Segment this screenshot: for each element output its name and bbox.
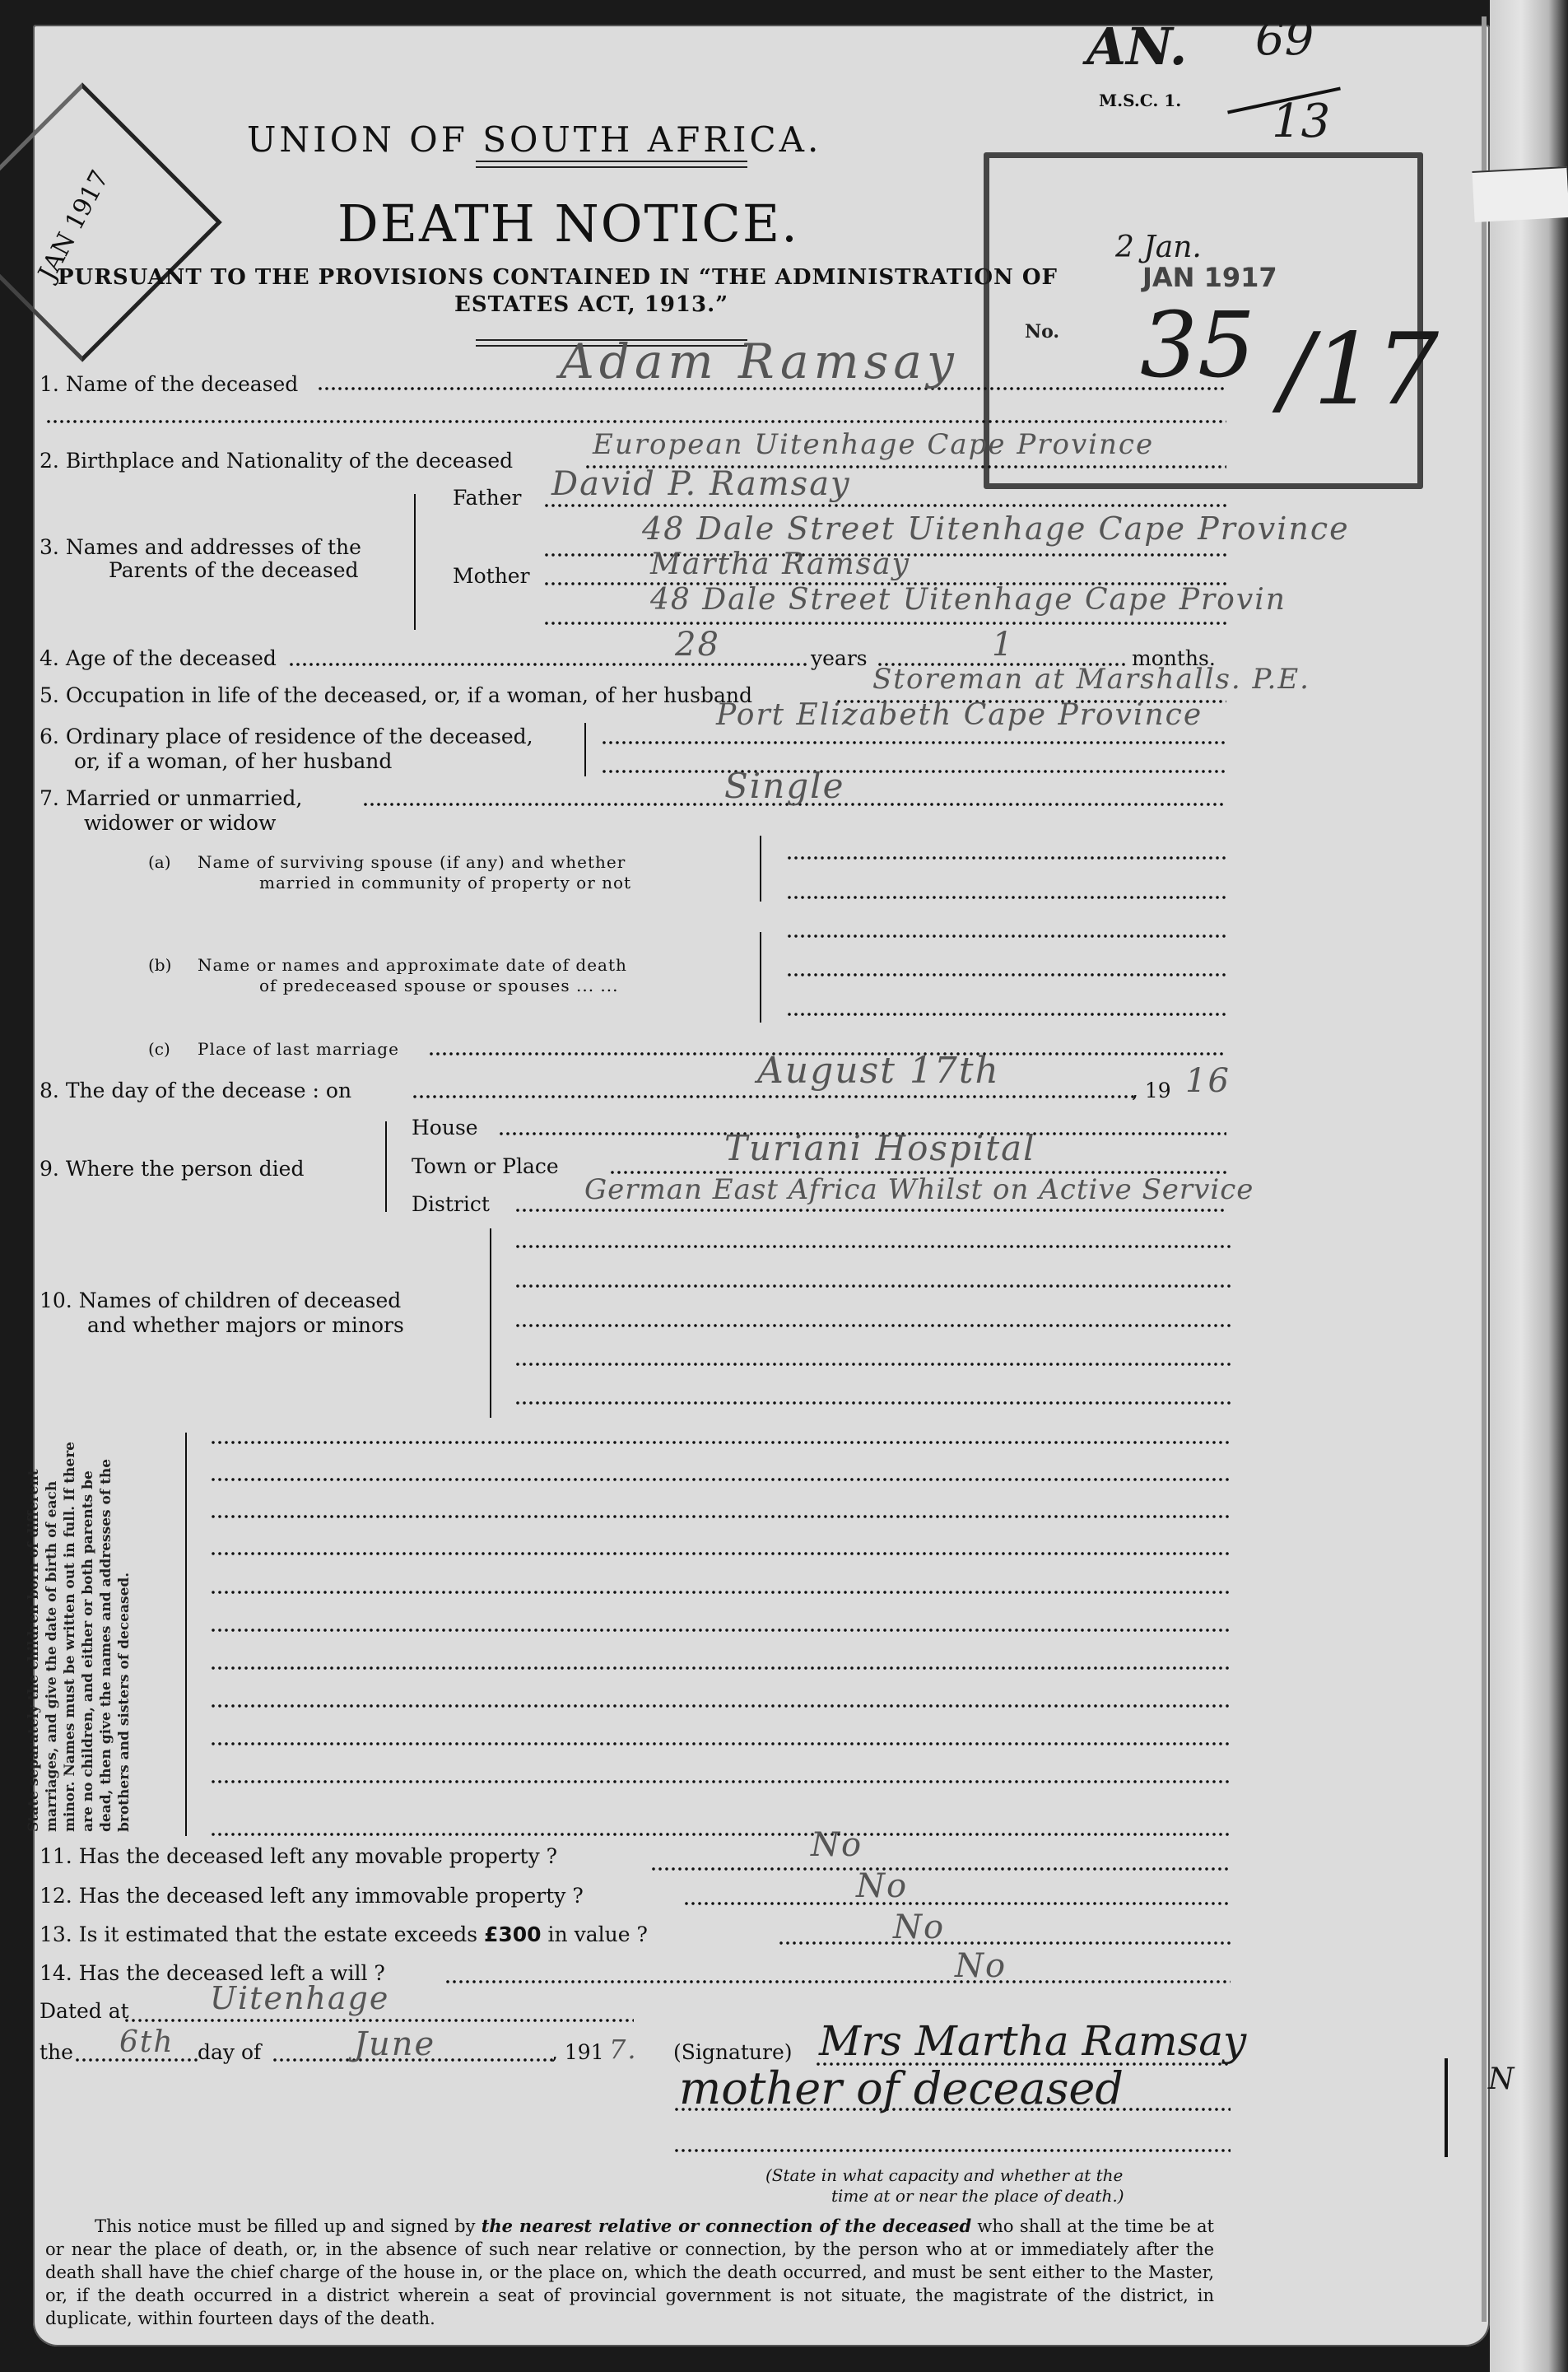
field-7a-brace bbox=[760, 836, 761, 902]
estate-threshold-amount: £300 bbox=[484, 1922, 542, 1946]
field-1-line-2 bbox=[45, 420, 1226, 423]
dated-the-label: the bbox=[40, 2040, 73, 2064]
signature-value[interactable]: Mrs Martha Ramsay bbox=[819, 2017, 1246, 2065]
field-9-label: 9. Where the person died bbox=[40, 1157, 304, 1181]
field-7-label-line1: 7. Married or unmarried, bbox=[40, 786, 302, 810]
children-note-line-4 bbox=[210, 1552, 1231, 1555]
field-4-years-line bbox=[288, 663, 807, 666]
field-7b-line-3 bbox=[786, 1013, 1226, 1016]
capacity-note-line2: time at or near the place of death.) bbox=[831, 2186, 1124, 2206]
town-label: Town or Place bbox=[412, 1154, 559, 1178]
field-7a-line-1 bbox=[786, 856, 1226, 860]
act-subtitle-line1: PURSUANT TO THE PROVISIONS CONTAINED IN … bbox=[58, 265, 1058, 290]
capacity-value[interactable]: mother of deceased bbox=[679, 2062, 1124, 2114]
father-name-line bbox=[543, 504, 1226, 507]
father-address-value[interactable]: 48 Dale Street Uitenhage Cape Province bbox=[642, 510, 1350, 547]
filing-instructions: This notice must be filled up and signed… bbox=[45, 2215, 1214, 2330]
field-2-label: 2. Birthplace and Nationality of the dec… bbox=[40, 449, 513, 473]
margin-bracket bbox=[1445, 2058, 1448, 2157]
field-7c-marker: (c) bbox=[148, 1039, 170, 1059]
mother-address-line bbox=[543, 622, 1226, 625]
country-heading: UNION OF SOUTH AFRICA. bbox=[247, 119, 821, 160]
field-7a-label-line2: married in community of property or not bbox=[259, 873, 631, 892]
field-8-year-value[interactable]: 16 bbox=[1185, 1062, 1231, 1100]
children-line-3 bbox=[514, 1324, 1231, 1327]
document-title: DEATH NOTICE. bbox=[337, 193, 799, 254]
adjacent-page-edge bbox=[1490, 0, 1568, 2372]
field-7b-line-2 bbox=[786, 973, 1226, 976]
field-6-line-1 bbox=[601, 741, 1226, 744]
file-reference-prefix: AN. bbox=[1086, 16, 1187, 77]
district-value[interactable]: German East Africa Whilst on Active Serv… bbox=[584, 1173, 1254, 1206]
district-line bbox=[514, 1209, 1226, 1212]
dated-year-value[interactable]: 7. bbox=[609, 2034, 638, 2065]
field-10-brace bbox=[490, 1228, 491, 1418]
field-12-value[interactable]: No bbox=[856, 1867, 908, 1905]
field-9-brace bbox=[385, 1121, 387, 1212]
father-label: Father bbox=[453, 486, 521, 510]
children-instructions-note: State separately the children born of di… bbox=[25, 1428, 148, 1832]
children-note-line-9 bbox=[210, 1742, 1231, 1745]
age-months-value[interactable]: 1 bbox=[992, 626, 1014, 664]
field-12-label: 12. Has the deceased left any immovable … bbox=[40, 1884, 584, 1908]
children-line-5 bbox=[514, 1401, 1231, 1405]
margin-mark: N bbox=[1488, 2062, 1514, 2096]
field-1-label: 1. Name of the deceased bbox=[40, 372, 298, 396]
dated-at-label: Dated at bbox=[40, 1999, 129, 2023]
father-name-value[interactable]: David P. Ramsay bbox=[551, 465, 851, 503]
field-5-label: 5. Occupation in life of the deceased, o… bbox=[40, 683, 752, 707]
field-13-line bbox=[778, 1941, 1231, 1945]
children-note-line-2 bbox=[210, 1478, 1231, 1481]
field-11-line bbox=[650, 1867, 1231, 1871]
page-fold bbox=[1482, 16, 1487, 2322]
field-7a-line-2 bbox=[786, 896, 1226, 899]
field-6-label-line1: 6. Ordinary place of residence of the de… bbox=[40, 725, 533, 748]
field-7b-label-line2: of predeceased spouse or spouses ... ... bbox=[259, 976, 618, 995]
field-7b-line-1 bbox=[786, 934, 1226, 938]
years-label: years bbox=[811, 646, 868, 670]
capacity-line-2 bbox=[673, 2149, 1231, 2152]
dated-at-line bbox=[123, 2019, 634, 2022]
field-6-brace bbox=[584, 723, 586, 776]
field-8-line bbox=[412, 1095, 1136, 1098]
stamp-number-label: No. bbox=[1025, 321, 1059, 343]
field-10-label-line1: 10. Names of children of deceased bbox=[40, 1289, 401, 1312]
field-7b-brace bbox=[760, 932, 761, 1023]
field-3-brace bbox=[414, 494, 416, 630]
children-note-line-10 bbox=[210, 1780, 1231, 1783]
capacity-note-line1: (State in what capacity and whether at t… bbox=[765, 2165, 1123, 2185]
field-14-value[interactable]: No bbox=[955, 1947, 1007, 1985]
children-note-line-6 bbox=[210, 1629, 1231, 1632]
town-value[interactable]: Turiani Hospital bbox=[724, 1128, 1036, 1168]
field-8-value-date-of-death[interactable]: August 17th bbox=[757, 1050, 1000, 1092]
children-note-line-11 bbox=[210, 1833, 1231, 1836]
file-reference-denominator: 13 bbox=[1272, 95, 1330, 148]
field-5-value-occupation[interactable]: Storeman at Marshalls. P.E. bbox=[872, 663, 1310, 696]
field-6-label-line2: or, if a woman, of her husband bbox=[74, 749, 392, 773]
stamp-number: 35 bbox=[1140, 292, 1255, 398]
field-7-label-line2: widower or widow bbox=[84, 811, 276, 835]
dated-year-prefix: , 191 bbox=[551, 2040, 604, 2064]
field-11-label: 11. Has the deceased left any movable pr… bbox=[40, 1844, 557, 1868]
field-11-value[interactable]: No bbox=[811, 1826, 863, 1864]
field-3-label-line1: 3. Names and addresses of the bbox=[40, 535, 361, 559]
field-7b-label-line1: Name or names and approximate date of de… bbox=[198, 955, 627, 975]
children-line-4 bbox=[514, 1363, 1231, 1366]
house-label: House bbox=[412, 1116, 478, 1139]
form-code: M.S.C. 1. bbox=[1099, 91, 1181, 110]
field-6-line-2 bbox=[601, 770, 1226, 773]
stamp-date: JAN 1917 bbox=[1142, 262, 1277, 293]
field-7b-marker: (b) bbox=[148, 955, 171, 975]
mother-address-value[interactable]: 48 Dale Street Uitenhage Cape Provin bbox=[650, 583, 1287, 617]
stamp-number-suffix: /17 bbox=[1280, 313, 1439, 427]
field-4-label: 4. Age of the deceased bbox=[40, 646, 277, 670]
mother-name-value[interactable]: Martha Ramsay bbox=[650, 548, 910, 581]
title-rule-top bbox=[476, 161, 747, 168]
field-8-year-prefix: , 19 bbox=[1132, 1079, 1171, 1102]
field-7a-label-line1: Name of surviving spouse (if any) and wh… bbox=[198, 852, 626, 872]
act-subtitle-line2: ESTATES ACT, 1913.” bbox=[454, 292, 728, 317]
binding-tape bbox=[1472, 166, 1568, 222]
children-note-line-8 bbox=[210, 1704, 1231, 1708]
children-note-line-7 bbox=[210, 1666, 1231, 1670]
age-years-value[interactable]: 28 bbox=[675, 626, 720, 664]
children-note-brace bbox=[185, 1433, 187, 1836]
children-note-line-5 bbox=[210, 1591, 1231, 1594]
stamp-handwritten-date: 2 Jan. bbox=[1115, 231, 1202, 264]
file-reference-numerator: 69 bbox=[1255, 12, 1314, 66]
dated-place-value[interactable]: Uitenhage bbox=[210, 1980, 389, 2016]
dated-day-value[interactable]: 6th bbox=[119, 2025, 174, 2059]
children-line-2 bbox=[514, 1284, 1231, 1288]
field-7-value-marital-status[interactable]: Single bbox=[724, 766, 844, 806]
field-8-label: 8. The day of the decease : on bbox=[40, 1079, 351, 1102]
mother-label: Mother bbox=[453, 564, 530, 588]
field-1-value-deceased-name[interactable]: Adam Ramsay bbox=[560, 333, 959, 389]
field-3-label-line2: Parents of the deceased bbox=[109, 558, 359, 582]
children-line-1 bbox=[514, 1245, 1231, 1248]
field-7a-marker: (a) bbox=[148, 852, 171, 872]
field-10-label-line2: and whether majors or minors bbox=[87, 1313, 404, 1337]
field-2-value-birthplace[interactable]: European Uitenhage Cape Province bbox=[593, 428, 1154, 461]
field-13-value[interactable]: No bbox=[893, 1908, 945, 1946]
district-label: District bbox=[412, 1192, 490, 1216]
field-13-label: 13. Is it estimated that the estate exce… bbox=[40, 1922, 648, 1946]
field-6-value-residence[interactable]: Port Elizabeth Cape Province bbox=[716, 698, 1203, 732]
children-note-line-1 bbox=[210, 1441, 1231, 1444]
dated-month-value[interactable]: June bbox=[354, 2025, 435, 2063]
field-7c-label: Place of last marriage bbox=[198, 1039, 399, 1059]
dated-day-of-label: day of bbox=[198, 2040, 261, 2064]
signature-label: (Signature) bbox=[673, 2040, 793, 2064]
field-12-line bbox=[683, 1902, 1231, 1905]
children-note-line-3 bbox=[210, 1515, 1231, 1518]
field-14-line bbox=[444, 1980, 1231, 1983]
